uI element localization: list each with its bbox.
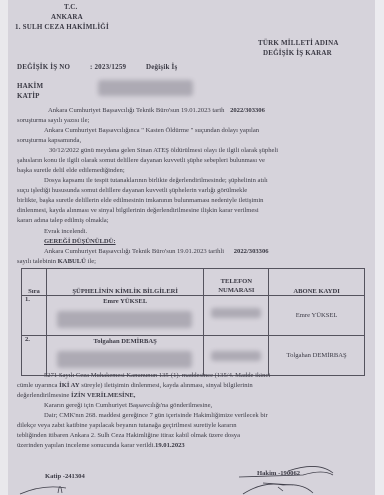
r1-pre: cümle uyarınca bbox=[17, 382, 57, 389]
p4-line2: suçu işlediği hususunda somut delillere … bbox=[17, 187, 247, 194]
p6-ref: 2022/303306 bbox=[234, 248, 269, 255]
case-number: : 2023/1259 bbox=[90, 63, 126, 71]
row-name: Tolgahan DEMİRBAŞ bbox=[47, 336, 203, 345]
p5: Evrak incelendi. bbox=[44, 228, 87, 235]
r3-line2: dilekçe veya zabıt katibine yapılacak be… bbox=[17, 422, 237, 429]
table-header-row: Sıra ŞÜPHELİNİN KİMLİK BİLGİLERİ TELEFON… bbox=[22, 269, 365, 296]
r1-post: süreyle) iletişimin dinlenmesi, kayda al… bbox=[81, 382, 252, 389]
p6-bold: KABULÜ bbox=[58, 258, 86, 265]
redacted-phone bbox=[211, 351, 261, 361]
r1-line1: 5271 Sayılı Ceza Muhakemesi Kanununun 13… bbox=[44, 372, 270, 379]
row-identity: Emre YÜKSEL bbox=[46, 296, 203, 336]
r3-line3: tebliğinden itibaren Ankara 2. Sulh Ceza… bbox=[17, 432, 240, 439]
clerk-signature-scribble bbox=[18, 478, 98, 495]
p3-line2: şahısların konu ile ilgili olarak somut … bbox=[17, 157, 265, 164]
r3-line4: üzerinden yapılan inceleme sonucunda kar… bbox=[17, 442, 185, 449]
background-strip bbox=[375, 0, 384, 495]
redacted-identity bbox=[57, 351, 192, 368]
table-row: 2. Tolgahan DEMİRBAŞ Tolgahan DEMİRBAŞ bbox=[22, 336, 365, 376]
decision-heading: GEREĞİ DÜŞÜNÜLDÜ: bbox=[44, 238, 116, 245]
p3-line3: başka suretle delil elde edilemediğinden… bbox=[17, 167, 125, 174]
header-tc: T.C. bbox=[64, 3, 78, 11]
row-subscriber: Tolgahan DEMİRBAŞ bbox=[269, 336, 365, 376]
table-row: 1. Emre YÜKSEL Emre YÜKSEL bbox=[22, 296, 365, 336]
r2: Kararın gereği için Cumhuriyet Başsavcıl… bbox=[44, 402, 212, 409]
redacted-names bbox=[98, 80, 193, 96]
clerk-label: KATİP bbox=[17, 92, 40, 100]
p1-line1: Ankara Cumhuriyet Başsavcılığı Teknik Bü… bbox=[48, 107, 265, 114]
p6-post: ile; bbox=[88, 258, 96, 265]
col-header-subscriber: ABONE KAYDI bbox=[269, 269, 365, 296]
row-phone bbox=[204, 336, 269, 376]
document-page: T.C. ANKARA 1. SULH CEZA HAKİMLİĞİ TÜRK … bbox=[8, 0, 375, 495]
judge-signature-scribble bbox=[233, 463, 343, 495]
p1-ref: 2022/303306 bbox=[230, 107, 265, 114]
r1-3-pre: değerlendirilmesine bbox=[17, 392, 69, 399]
p6-line2: sayılı talebinin KABULÜ ile; bbox=[17, 258, 96, 265]
row-identity: Tolgahan DEMİRBAŞ bbox=[46, 336, 203, 376]
header-city: ANKARA bbox=[51, 13, 83, 21]
p4-line3: birlikte, başka suretle delillerin elde … bbox=[17, 197, 263, 204]
p4-line4: dinlenmesi, kayda alınması ve sinyal bil… bbox=[17, 207, 259, 214]
header-decision-type: DEĞİŞİK İŞ KARAR bbox=[263, 49, 332, 57]
suspects-table: Sıra ŞÜPHELİNİN KİMLİK BİLGİLERİ TELEFON… bbox=[21, 268, 365, 376]
judge-label: HAKİM bbox=[17, 82, 43, 90]
col-header-identity: ŞÜPHELİNİN KİMLİK BİLGİLERİ bbox=[46, 269, 203, 296]
row-phone bbox=[204, 296, 269, 336]
row-name: Emre YÜKSEL bbox=[47, 296, 203, 305]
r3-pre: üzerinden yapılan inceleme sonucunda kar… bbox=[17, 442, 155, 449]
p2-line1: Ankara Cumhuriyet Başsavcılığınca " Kast… bbox=[44, 127, 259, 134]
r3-date: 19.01.2023 bbox=[155, 442, 185, 449]
p6-text: Ankara Cumhuriyet Başsavcılığı Teknik Bü… bbox=[44, 248, 224, 255]
header-nation: TÜRK MİLLETİ ADINA bbox=[258, 39, 339, 47]
p4-line1: Dosya kapsamı ile tespit tutanaklarının … bbox=[44, 177, 268, 184]
row-no: 2. bbox=[22, 336, 47, 376]
col-header-no: Sıra bbox=[22, 269, 47, 296]
r1-3-bold: İZİN VERİLMESİNE, bbox=[71, 392, 135, 399]
p2-line2: soruşturma kapsamında, bbox=[17, 137, 81, 144]
p3-line1: 30/12/2022 günü meydana gelen Sinan ATEŞ… bbox=[49, 147, 278, 154]
case-type: Değişik İş bbox=[146, 63, 177, 71]
header-court: 1. SULH CEZA HAKİMLİĞİ bbox=[15, 23, 109, 31]
row-subscriber: Emre YÜKSEL bbox=[269, 296, 365, 336]
p6-pre: sayılı talebinin bbox=[17, 258, 56, 265]
r3-line1: Dair; CMK'nın 268. maddesi gereğince 7 g… bbox=[44, 412, 268, 419]
p6-line1: Ankara Cumhuriyet Başsavcılığı Teknik Bü… bbox=[44, 248, 269, 255]
r1-line2: cümle uyarınca İKİ AY süreyle) iletişimi… bbox=[17, 382, 253, 389]
row-no: 1. bbox=[22, 296, 47, 336]
redacted-identity bbox=[57, 311, 192, 328]
p1-line2: soruşturma sayılı yazısı ile; bbox=[17, 117, 89, 124]
r1-bold: İKİ AY bbox=[59, 382, 79, 389]
p1-text: Ankara Cumhuriyet Başsavcılığı Teknik Bü… bbox=[48, 107, 224, 114]
redacted-phone bbox=[211, 308, 261, 318]
p4-line5: kararı adına talep edilmiş olmakla; bbox=[17, 217, 109, 224]
col-header-phone: TELEFON NUMARASI bbox=[204, 269, 269, 296]
case-label: DEĞİŞİK İŞ NO bbox=[17, 63, 70, 71]
r1-line3: değerlendirilmesine İZİN VERİLMESİNE, bbox=[17, 392, 135, 399]
